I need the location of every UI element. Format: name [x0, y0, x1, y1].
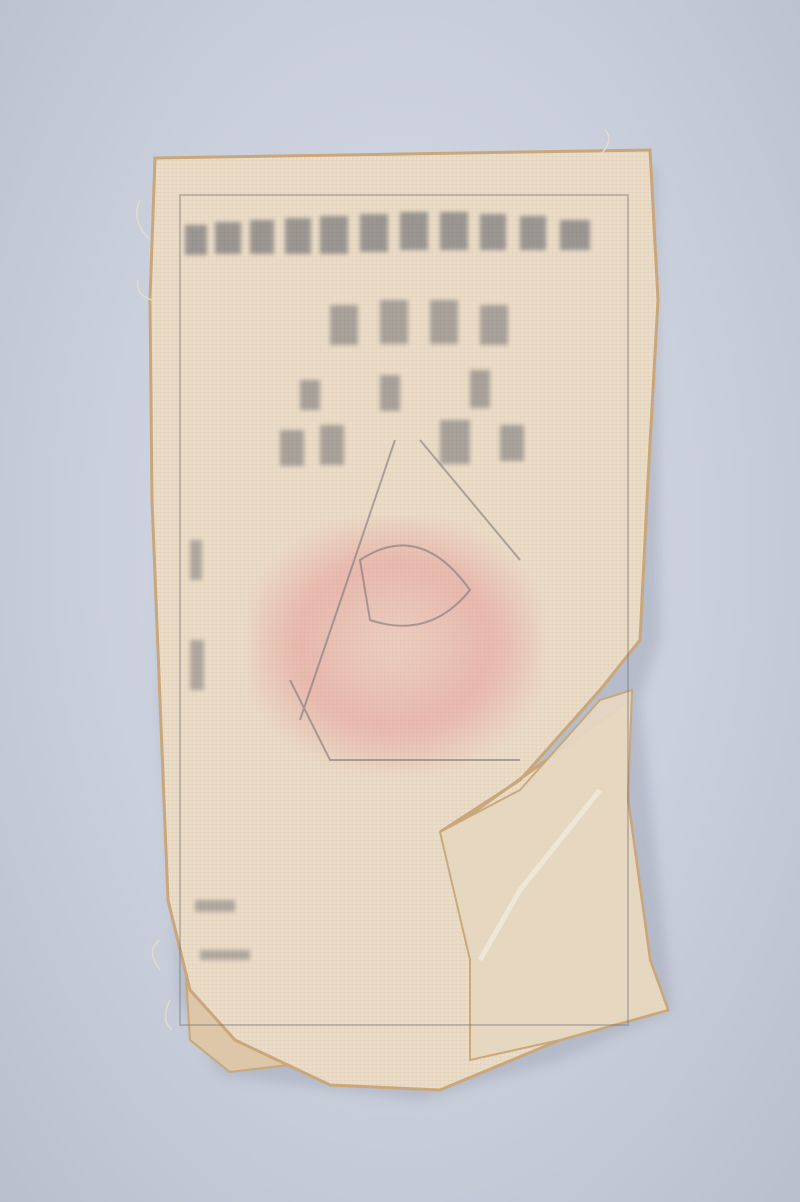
photo-scene: Worn cloth banknote	[0, 0, 800, 1202]
cloth-banknote	[0, 0, 800, 1202]
